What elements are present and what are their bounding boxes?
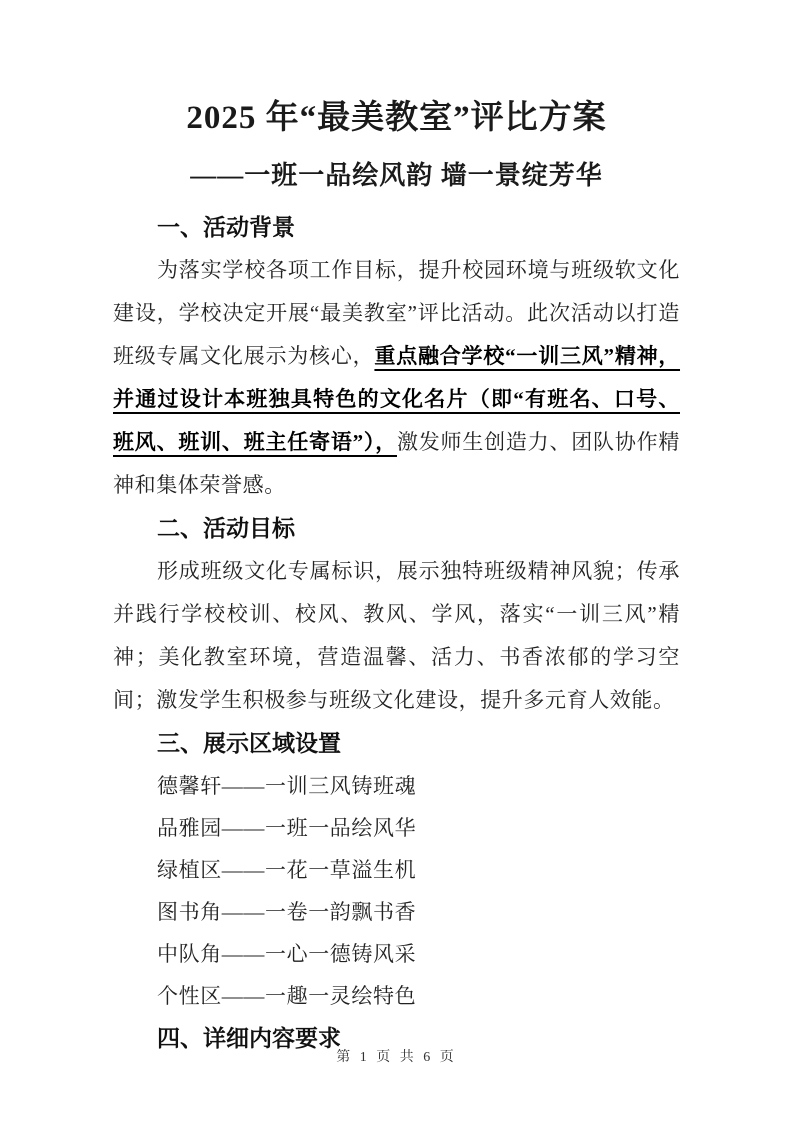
document-page: 2025 年“最美教室”评比方案 ——一班一品绘风韵 墙一景绽芳华 一、活动背景… — [0, 0, 793, 1122]
zone-list-item: 绿植区——一花一草溢生机 — [113, 849, 680, 891]
zone-list-item: 图书角——一卷一韵飘书香 — [113, 891, 680, 933]
zone-list-item: 德馨轩——一训三风铸班魂 — [113, 765, 680, 807]
zone-list: 德馨轩——一训三风铸班魂 品雅园——一班一品绘风华 绿植区——一花一草溢生机 图… — [113, 765, 680, 1017]
page-title: 2025 年“最美教室”评比方案 — [113, 96, 680, 141]
zone-list-item: 品雅园——一班一品绘风华 — [113, 807, 680, 849]
paragraph-activity-background: 为落实学校各项工作目标，提升校园环境与班级软文化建设，学校决定开展“最美教室”评… — [113, 249, 680, 507]
section-heading-display-zones: 三、展示区域设置 — [113, 722, 680, 765]
section-heading-activity-background: 一、活动背景 — [113, 206, 680, 249]
page-subtitle: ——一班一品绘风韵 墙一景绽芳华 — [113, 158, 680, 194]
section-heading-activity-goals: 二、活动目标 — [113, 507, 680, 550]
zone-list-item: 中队角——一心一德铸风采 — [113, 933, 680, 975]
zone-list-item: 个性区——一趣一灵绘特色 — [113, 975, 680, 1017]
page-number-footer: 第 1 页 共 6 页 — [0, 1046, 793, 1066]
paragraph-activity-goals: 形成班级文化专属标识，展示独特班级精神风貌；传承并践行学校校训、校风、教风、学风… — [113, 550, 680, 722]
